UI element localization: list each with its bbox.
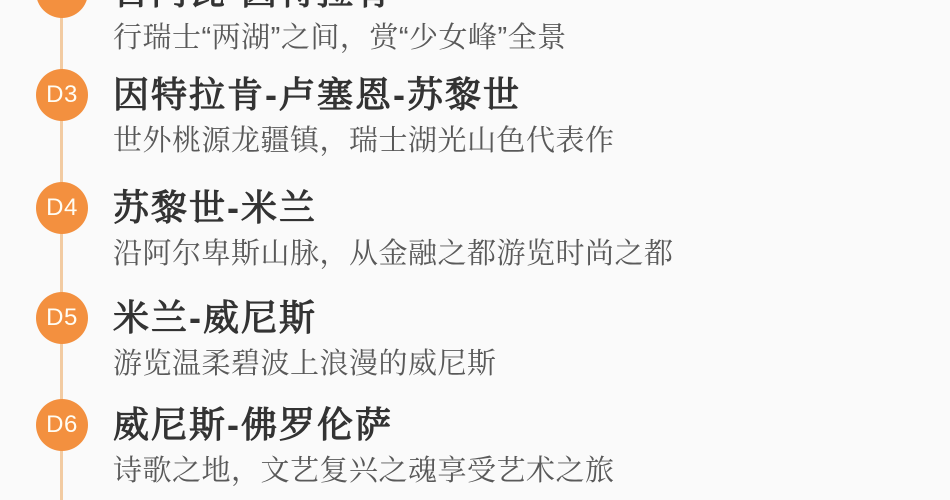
day-label: D6 (46, 411, 78, 439)
day-label: D4 (46, 194, 78, 222)
item-content: 因特拉肯-卢塞恩-苏黎世 世外桃源龙疆镇，瑞士湖光山色代表作 (113, 69, 950, 159)
item-description: 诗歌之地，文艺复兴之魂享受艺术之旅 (113, 453, 950, 489)
itinerary-screen: 日内瓦-因特拉肯 行瑞士“两湖”之间，赏“少女峰”全景 D3 因特拉肯-卢塞恩-… (0, 0, 950, 500)
item-description: 世外桃源龙疆镇，瑞士湖光山色代表作 (113, 123, 950, 159)
day-badge: D4 (36, 182, 88, 234)
itinerary-item: 日内瓦-因特拉肯 行瑞士“两湖”之间，赏“少女峰”全景 (0, 0, 950, 56)
day-badge: D6 (36, 399, 88, 451)
item-description: 沿阿尔卑斯山脉，从金融之都游览时尚之都 (113, 236, 950, 272)
itinerary-item: D5 米兰-威尼斯 游览温柔碧波上浪漫的威尼斯 (0, 292, 950, 382)
day-badge (36, 0, 88, 18)
item-title: 米兰-威尼斯 (113, 298, 950, 338)
day-badge: D3 (36, 69, 88, 121)
item-content: 苏黎世-米兰 沿阿尔卑斯山脉，从金融之都游览时尚之都 (113, 182, 950, 272)
item-content: 日内瓦-因特拉肯 行瑞士“两湖”之间，赏“少女峰”全景 (113, 0, 950, 56)
item-content: 米兰-威尼斯 游览温柔碧波上浪漫的威尼斯 (113, 292, 950, 382)
day-label: D5 (46, 304, 78, 332)
day-badge: D5 (36, 292, 88, 344)
item-title: 日内瓦-因特拉肯 (113, 0, 950, 12)
item-content: 威尼斯-佛罗伦萨 诗歌之地，文艺复兴之魂享受艺术之旅 (113, 399, 950, 489)
itinerary-item: D4 苏黎世-米兰 沿阿尔卑斯山脉，从金融之都游览时尚之都 (0, 182, 950, 272)
itinerary-item: D3 因特拉肯-卢塞恩-苏黎世 世外桃源龙疆镇，瑞士湖光山色代表作 (0, 69, 950, 159)
item-description: 游览温柔碧波上浪漫的威尼斯 (113, 346, 950, 382)
itinerary-item: D6 威尼斯-佛罗伦萨 诗歌之地，文艺复兴之魂享受艺术之旅 (0, 399, 950, 489)
item-title: 苏黎世-米兰 (113, 188, 950, 228)
item-title: 因特拉肯-卢塞恩-苏黎世 (113, 75, 950, 115)
day-label: D3 (46, 81, 78, 109)
itinerary-timeline: 日内瓦-因特拉肯 行瑞士“两湖”之间，赏“少女峰”全景 D3 因特拉肯-卢塞恩-… (0, 0, 950, 500)
item-title: 威尼斯-佛罗伦萨 (113, 405, 950, 445)
item-description: 行瑞士“两湖”之间，赏“少女峰”全景 (113, 20, 950, 56)
